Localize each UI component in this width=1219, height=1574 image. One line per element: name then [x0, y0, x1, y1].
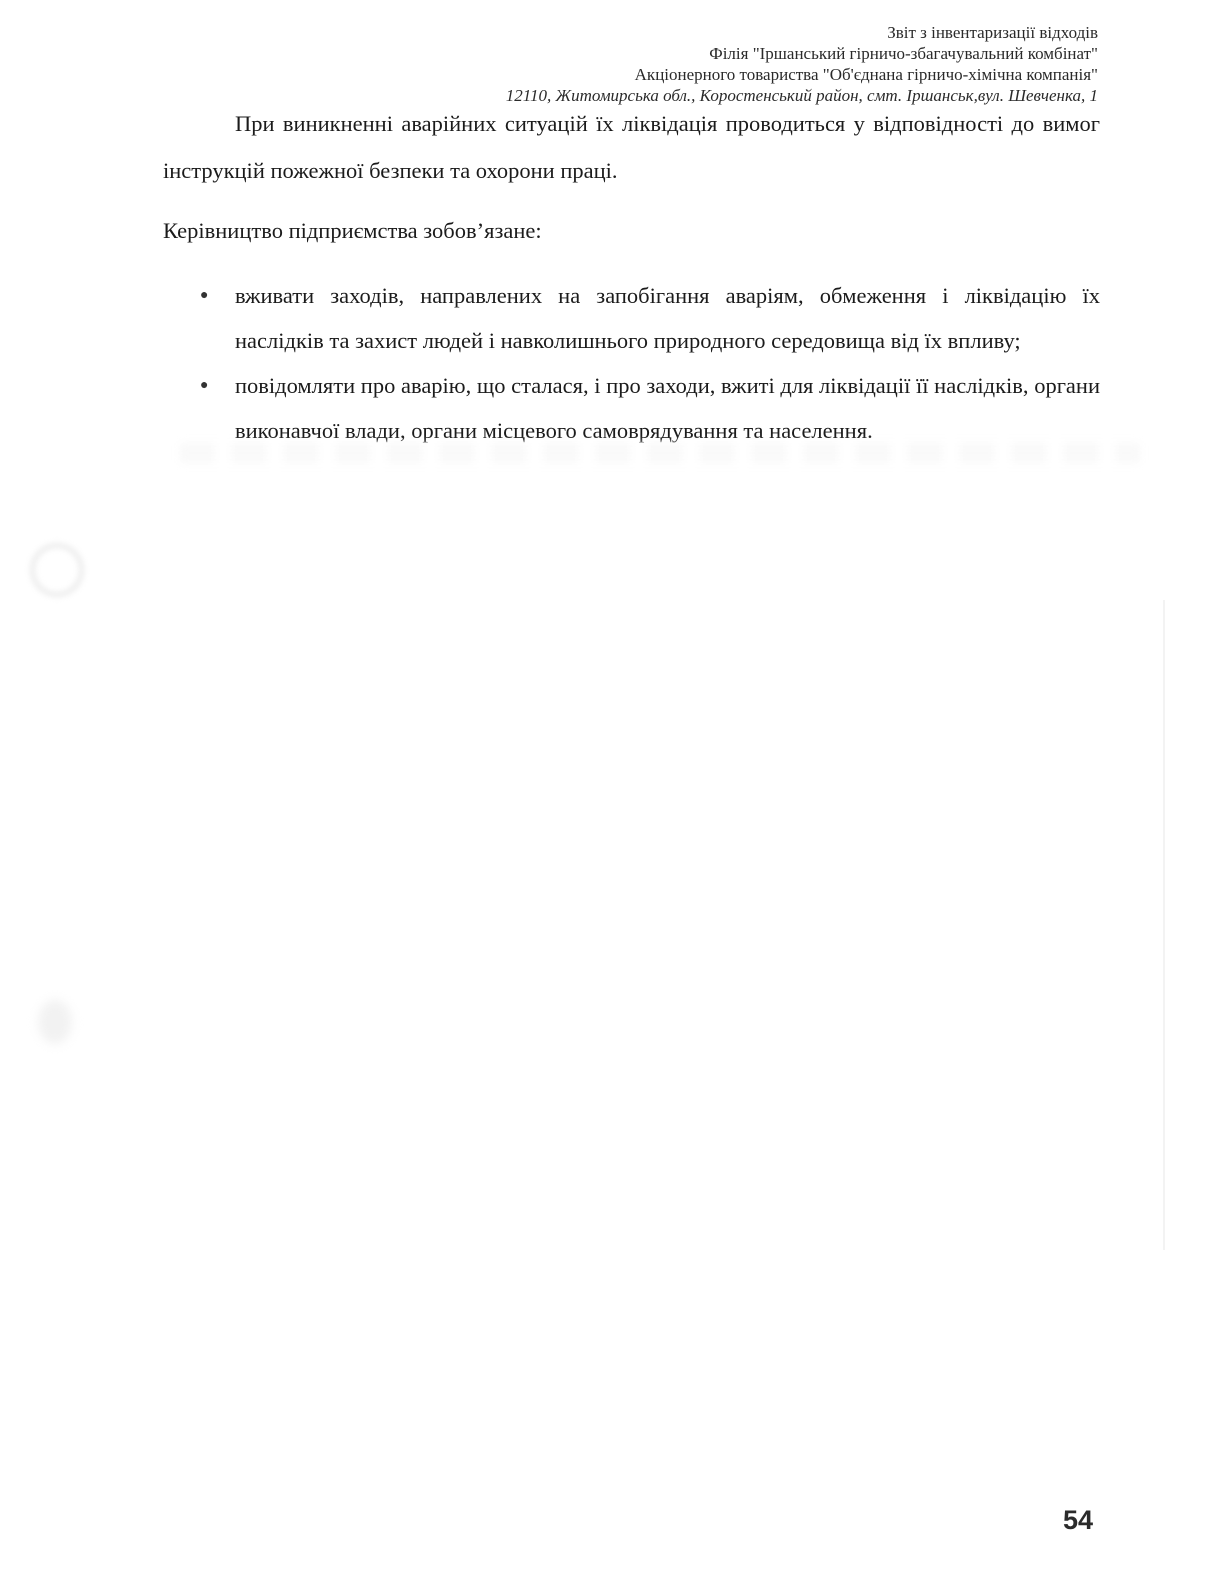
list-item: ● повідомляти про аварію, що сталася, і …	[163, 363, 1100, 453]
paragraph-accidents: При виникненні аварійних ситуацій їх лік…	[163, 100, 1100, 194]
list-item-text: повідомляти про аварію, що сталася, і пр…	[235, 373, 1100, 443]
list-item-text: вживати заходів, направлених на запобіга…	[235, 283, 1100, 353]
bullet-icon: ●	[200, 363, 208, 408]
document-page: Звіт з інвентаризації відходів Філія "Ір…	[0, 0, 1219, 1574]
header-company-name: Акціонерного товариства "Об'єднана гірни…	[506, 64, 1098, 85]
document-body: При виникненні аварійних ситуацій їх лік…	[163, 100, 1100, 453]
scan-artifact-blob	[38, 1000, 72, 1044]
header-branch-name: Філія "Іршанський гірничо-збагачувальний…	[506, 43, 1098, 64]
list-item: ● вживати заходів, направлених на запобі…	[163, 273, 1100, 363]
header-report-title: Звіт з інвентаризації відходів	[506, 22, 1098, 43]
paragraph-management-obligations-heading: Керівництво підприємства зобов’язане:	[163, 207, 1100, 254]
bullet-icon: ●	[200, 273, 208, 318]
obligations-list: ● вживати заходів, направлених на запобі…	[163, 273, 1100, 453]
document-header: Звіт з інвентаризації відходів Філія "Ір…	[506, 22, 1098, 106]
scan-artifact-ring	[30, 543, 84, 597]
page-number: 54	[1063, 1505, 1093, 1536]
scan-artifact-line	[1163, 600, 1165, 1250]
